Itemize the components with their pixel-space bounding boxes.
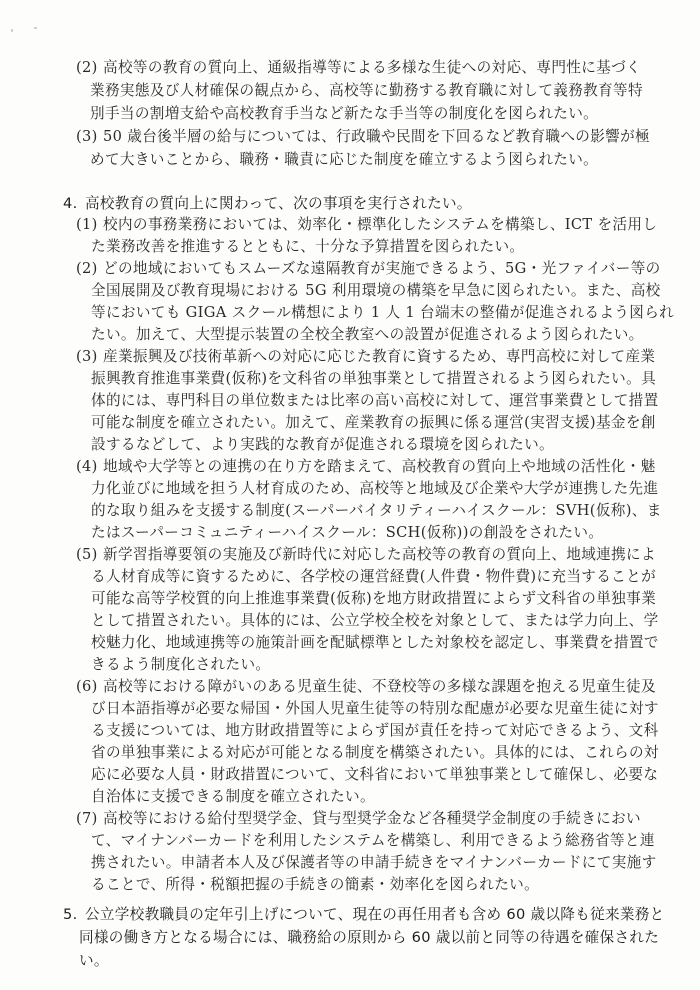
item-text-line: どの地域においてもスムーズな遠隔教育が実施できるよう、5G・光ファイバー等の — [103, 258, 661, 279]
item-text-line: 自治体に支援できる制度を確立されたい。 — [91, 786, 375, 807]
section-text-line: い。 — [79, 950, 109, 971]
item-text-line: 校魅力化、地域連携等の施策計画を配賦標準とした対象校を認定し、事業費を措置で — [91, 632, 659, 653]
item-marker: (6) — [76, 676, 98, 697]
item-text-line: 地域や大学等との連携の在り方を踏まえて、高校教育の質向上や地域の活性化・魅 — [103, 456, 656, 477]
item-text-line: 省の単独事業による対応が可能となる制度を構築されたい。具体的には、これらの対 — [91, 742, 659, 763]
item-text-line: として措置されたい。具体的には、公立学校全校を対象として、または学力向上、学 — [91, 610, 659, 631]
section-number: 4. — [63, 193, 78, 214]
item-marker: (3) — [76, 126, 98, 147]
item-marker: (3) — [76, 346, 98, 367]
item-text-line: 力化並びに地域を担う人材育成のため、高校等と地域及び企業や大学が連携した先進 — [91, 478, 658, 499]
item-text-line: て、マイナンバーカードを利用したシステムを構築し、利用できるよう総務省等と連 — [91, 830, 655, 851]
item-text-line: 全国展開及び教育現場における 5G 利用環境の構築を早急に図られたい。また、高校 — [91, 280, 661, 301]
scan-speck — [11, 29, 13, 32]
item-text-line: 体的には、専門科目の単位数または比率の高い高校に対して、運営事業費として措置 — [91, 390, 659, 411]
item-text-line: 50 歳台後半層の給与については、行政職や民間を下回るなど教育職への影響が極 — [103, 126, 650, 147]
item-text-line: 応に必要な人員・財政措置について、文科省において単独事業として確保し、必要な — [91, 764, 658, 785]
item-text-line: 高校等における障がいのある児童生徒、不登校等の多様な課題を抱える児童生徒及 — [103, 676, 656, 697]
item-text-line: た業務改善を推進するとともに、十分な予算措置を図られたい。 — [91, 236, 524, 257]
item-text-line: 産業振興及び技術革新への対応に応じた教育に資するため、専門高校に対して産業 — [103, 346, 655, 367]
item-text-line: 携されたい。申請者本人及び保護者等の申請手続きをマイナンバーカードにて実施す — [91, 852, 657, 873]
item-text-line: 可能な高等学校質的向上推進事業費(仮称)を地方財政措置によらず文科省の単独事業 — [91, 588, 656, 609]
document-page: (2) 高校等の教育の質向上、通級指導等による多様な生徒への対応、専門性に基づく… — [0, 0, 700, 990]
item-marker: (2) — [76, 57, 98, 78]
item-text-line: 的な取り組みを支援する制度(スーパーバイタリティーハイスクール：SVH(仮称)、… — [91, 500, 662, 521]
item-text-line: たい。加えて、大型提示装置の全校全教室への設置が促進されるよう図られたい。 — [91, 324, 644, 345]
section-text-line: 公立学校教職員の定年引上げについて、現在の再任用者も含め 60 歳以降も従来業務… — [85, 904, 665, 925]
item-text-line: たはスーパーコミュニティーハイスクール：SCH(仮称))の創設をされたい。 — [91, 522, 603, 543]
item-text-line: 高校等における給付型奨学金、貸与型奨学金など各種奨学金制度の手続きにおい — [103, 808, 641, 829]
item-text-line: 別手当の割増支給や高校教育手当など新たな手当等の制度化を図られたい。 — [90, 103, 598, 124]
section-text-line: 同様の働き方となる場合には、職務給の原則から 60 歳以前と同等の待遇を確保され… — [79, 927, 659, 948]
item-marker: (2) — [76, 258, 98, 279]
item-text-line: 振興教育推進事業費(仮称)を文科省の単独事業として措置されるよう図られたい。具 — [91, 368, 656, 389]
item-text-line: 可能な制度を確立されたい。加えて、産業教育の振興に係る運営(実習支援)基金を創 — [91, 412, 656, 433]
item-text-line: 等においても GIGA スクール構想により 1 人 1 台端末の整備が促進される… — [91, 302, 674, 323]
item-marker: (7) — [76, 808, 98, 829]
item-marker: (1) — [76, 214, 98, 235]
item-text-line: めて大きいことから、職務・職責に応じた制度を確立するよう図られたい。 — [90, 149, 598, 170]
scan-speck — [34, 27, 37, 29]
item-text-line: ることで、所得・税額把握の手続きの簡素・効率化を図られたい。 — [91, 874, 539, 895]
item-text-line: 高校等の教育の質向上、通級指導等による多様な生徒への対応、専門性に基づく — [103, 57, 641, 78]
item-text-line: る支援については、地方財政措置等によらず国が責任を持って対応できるよう、文科 — [91, 720, 659, 741]
item-marker: (5) — [76, 544, 98, 565]
item-marker: (4) — [76, 456, 98, 477]
item-text-line: 校内の事務業務においては、効率化・標準化したシステムを構築し、ICT を活用し — [103, 214, 657, 235]
item-text-line: きるよう制度化されたい。 — [91, 654, 270, 675]
item-text-line: 業務実態及び人材確保の観点から、高校等に勤務する教育職に対して義務教育等特 — [90, 80, 643, 101]
item-text-line: 新学習指導要領の実施及び新時代に対応した高校等の教育の質向上、地域連携によ — [103, 544, 656, 565]
section-number: 5. — [63, 904, 78, 925]
item-text-line: 設するなどして、より実践的な教育が促進される環境を図られたい。 — [91, 434, 554, 455]
section-title: 高校教育の質向上に関わって、次の事項を実行されたい。 — [85, 193, 472, 214]
item-text-line: る人材育成等に資するために、各学校の運営経費(人件費・物件費)に充当することが — [91, 566, 656, 587]
item-text-line: び日本語指導が必要な帰国・外国人児童生徒等の特別な配慮が必要な児童生徒に対す — [91, 698, 659, 719]
